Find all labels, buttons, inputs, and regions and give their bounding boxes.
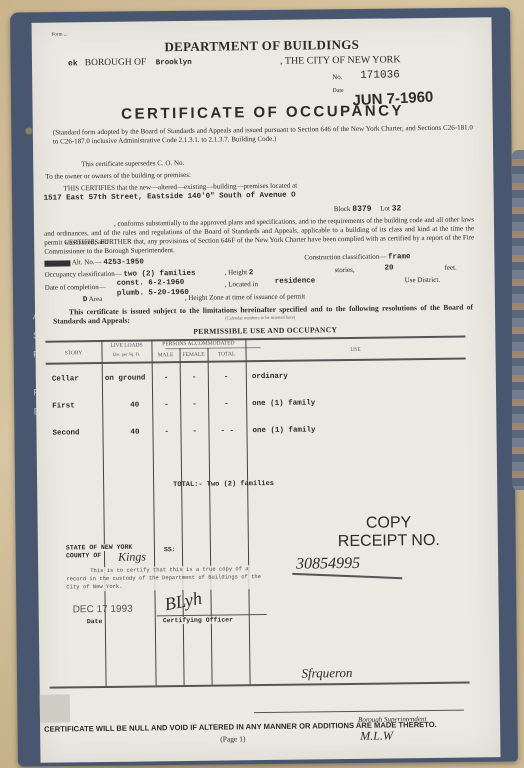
- row-cellar-female: -: [192, 374, 197, 382]
- borough-line: ek BOROUGH OF Brooklyn: [68, 57, 192, 69]
- premises-address: 1517 East 57th Street, Eastside 140'0" S…: [44, 192, 296, 203]
- supersedes-label: This certificate supersedes C. O. No.: [81, 159, 184, 169]
- row-first-total: -: [224, 400, 229, 408]
- borough-prefix: ek: [68, 59, 78, 68]
- city-label: , THE CITY OF NEW YORK: [280, 54, 401, 66]
- row-cellar-live-load: on ground: [105, 374, 146, 382]
- occupancy-label: Occupancy classification—: [45, 270, 122, 279]
- height-feet: 20: [384, 264, 393, 272]
- row-cellar-total: -: [224, 373, 229, 381]
- form-number: Form ...: [52, 32, 68, 37]
- located-value: residence: [275, 277, 316, 285]
- use-district-label: Use District.: [405, 276, 440, 285]
- copy-receipt-stamp: COPY RECEIPT NO.: [338, 514, 440, 551]
- certification-body: This is to certify that this is a true c…: [66, 565, 266, 591]
- feet-label: feet.: [444, 264, 456, 273]
- height-stories: 2: [249, 269, 254, 277]
- certificate-number: 171036: [360, 69, 400, 81]
- borough-label: BOROUGH OF: [85, 57, 147, 68]
- completion-label: Date of completion—: [45, 283, 106, 293]
- certificate-of-occupancy-document: Form ... DEPARTMENT OF BUILDINGS ek BORO…: [31, 17, 500, 763]
- lot-label: Lot: [380, 204, 390, 212]
- table-header-rule: [46, 358, 466, 365]
- document-title: CERTIFICATE OF OCCUPANCY: [33, 101, 493, 124]
- completion-plumb: plumb. 5-20-1960: [117, 289, 189, 298]
- footer-initials: M.L.W: [360, 728, 393, 743]
- height-line: , Height 2: [225, 268, 254, 278]
- row-first-use: one (1) family: [252, 399, 315, 408]
- county-handwritten: Kings: [118, 549, 146, 564]
- lot-value: 32: [392, 204, 402, 213]
- block-lot: Block 8379 Lot 32: [334, 204, 402, 214]
- county-line: COUNTY OF: [66, 552, 101, 559]
- header-total: TOTAL: [208, 351, 246, 357]
- limitations-text: This certificate is issued subject to th…: [53, 302, 473, 325]
- construction-label: Construction classification—: [304, 253, 386, 262]
- row-second-male: -: [164, 428, 169, 436]
- stories-label: stories,: [334, 266, 354, 275]
- certification-date-label: Date: [87, 618, 103, 625]
- row-cellar-use: ordinary: [252, 373, 288, 381]
- height-zone-label: , Height Zone at time of issuance of per…: [185, 293, 305, 303]
- total-families: TOTAL:- Two (2) families: [173, 480, 274, 489]
- row-second-use: one (1) family: [252, 426, 315, 435]
- row-second-female: -: [192, 428, 197, 436]
- header-live-loads: LIVE LOADS: [101, 342, 151, 349]
- header-story: STORY: [46, 350, 102, 357]
- certificate-number-label: No.: [332, 73, 342, 81]
- block-label: Block: [334, 205, 351, 213]
- construction-line: Construction classification— frame: [304, 252, 410, 263]
- row-first-story: First: [52, 402, 75, 410]
- department-heading: DEPARTMENT OF BUILDINGS: [32, 35, 492, 57]
- alt-number-line: XXXXXX Alt. No.— 4253-1950: [44, 257, 144, 268]
- certifying-officer-signature: BLyh: [163, 588, 204, 616]
- header-live-loads-unit: Lbs. per Sq. Ft.: [102, 351, 152, 357]
- page-number: (Page 1): [220, 734, 245, 743]
- header-male: MALE: [152, 352, 180, 358]
- certification-date-stamp: DEC 17 1993: [73, 604, 133, 616]
- torn-corner: [40, 694, 70, 722]
- date-label: Date: [332, 88, 343, 94]
- row-second-total: - -: [220, 427, 234, 435]
- row-second-live-load: 40: [130, 429, 139, 437]
- binder-ring: [25, 127, 32, 134]
- block-value: 8379: [352, 205, 371, 214]
- row-cellar-story: Cellar: [52, 375, 79, 383]
- superintendent-signature: Sfrqueron: [301, 665, 352, 682]
- to-owner-text: To the owner or owners of the building o…: [45, 171, 191, 182]
- occupancy-value: two (2) families: [123, 270, 195, 279]
- table-bottom-rule: [50, 682, 470, 689]
- alt-label: Alt. No.—: [72, 258, 102, 266]
- calendar-note: (Calendar numbers to be inserted here): [225, 315, 295, 321]
- row-first-male: -: [164, 401, 169, 409]
- header-persons-accommodated: PERSONS ACCOMMODATED: [151, 340, 245, 347]
- header-female: FEMALE: [180, 352, 208, 358]
- receipt-number: 30854995: [296, 555, 360, 574]
- area-label: Area: [89, 295, 103, 303]
- area-value: D: [83, 296, 88, 304]
- borough-value: Brooklyn: [156, 59, 192, 67]
- background-object: [512, 150, 524, 490]
- certifying-officer-label: Certifying Officer: [163, 616, 233, 624]
- height-label: , Height: [225, 268, 248, 276]
- standard-form-text: (Standard form adopted by the Board of S…: [53, 123, 473, 146]
- header-use: USE: [245, 346, 465, 355]
- completion-const: const. 6-2-1960: [117, 279, 185, 288]
- row-first-female: -: [192, 401, 197, 409]
- row-first-live-load: 40: [130, 402, 139, 410]
- row-second-story: Second: [52, 429, 79, 437]
- construction-value: frame: [388, 253, 411, 261]
- area-line: D Area: [83, 295, 103, 305]
- ss-label: SS:: [164, 546, 176, 553]
- alt-value: 4253-1950: [103, 258, 144, 266]
- receipt-label: RECEIPT NO.: [338, 532, 440, 551]
- copy-label: COPY: [338, 514, 440, 533]
- located-label: , Located in: [225, 280, 258, 289]
- row-cellar-male: -: [164, 374, 169, 382]
